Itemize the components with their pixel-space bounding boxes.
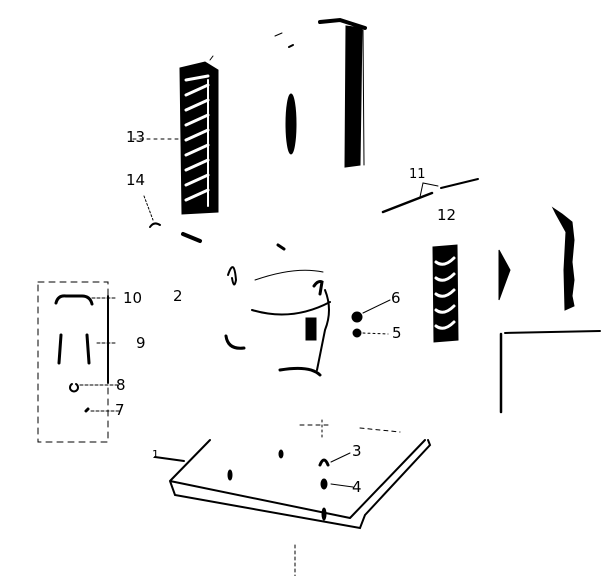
compressor-part	[226, 245, 330, 375]
callout-14: 14	[126, 173, 145, 188]
relay-bracket-group	[38, 282, 120, 442]
callout-13: 13	[126, 130, 145, 145]
washer-part	[352, 312, 362, 322]
callout-8: 8	[116, 378, 126, 393]
tubing-part	[383, 179, 478, 212]
callout-4: 4	[352, 480, 362, 495]
callout-12: 12	[437, 208, 456, 223]
callout-2: 2	[173, 289, 183, 304]
nut-part	[353, 329, 361, 337]
callout-6: 6	[391, 291, 401, 306]
housing-panel-part	[275, 20, 365, 167]
condenser-part	[433, 208, 600, 412]
callout-5: 5	[392, 326, 402, 341]
callout-10: 10	[123, 291, 142, 306]
diagram-drawing	[0, 0, 608, 576]
callout-1: 1	[152, 449, 159, 460]
evaporator-coil-part	[180, 56, 218, 214]
callout-7: 7	[115, 403, 125, 418]
callout-9: 9	[136, 336, 146, 351]
drier-part	[183, 234, 200, 241]
callout-11: 11	[409, 168, 426, 181]
parts-diagram: 1 2 3 4 5 6 7 8 9 10 11 12 13 14	[0, 0, 608, 576]
base-pan-part	[155, 420, 430, 576]
callout-3: 3	[352, 444, 362, 459]
